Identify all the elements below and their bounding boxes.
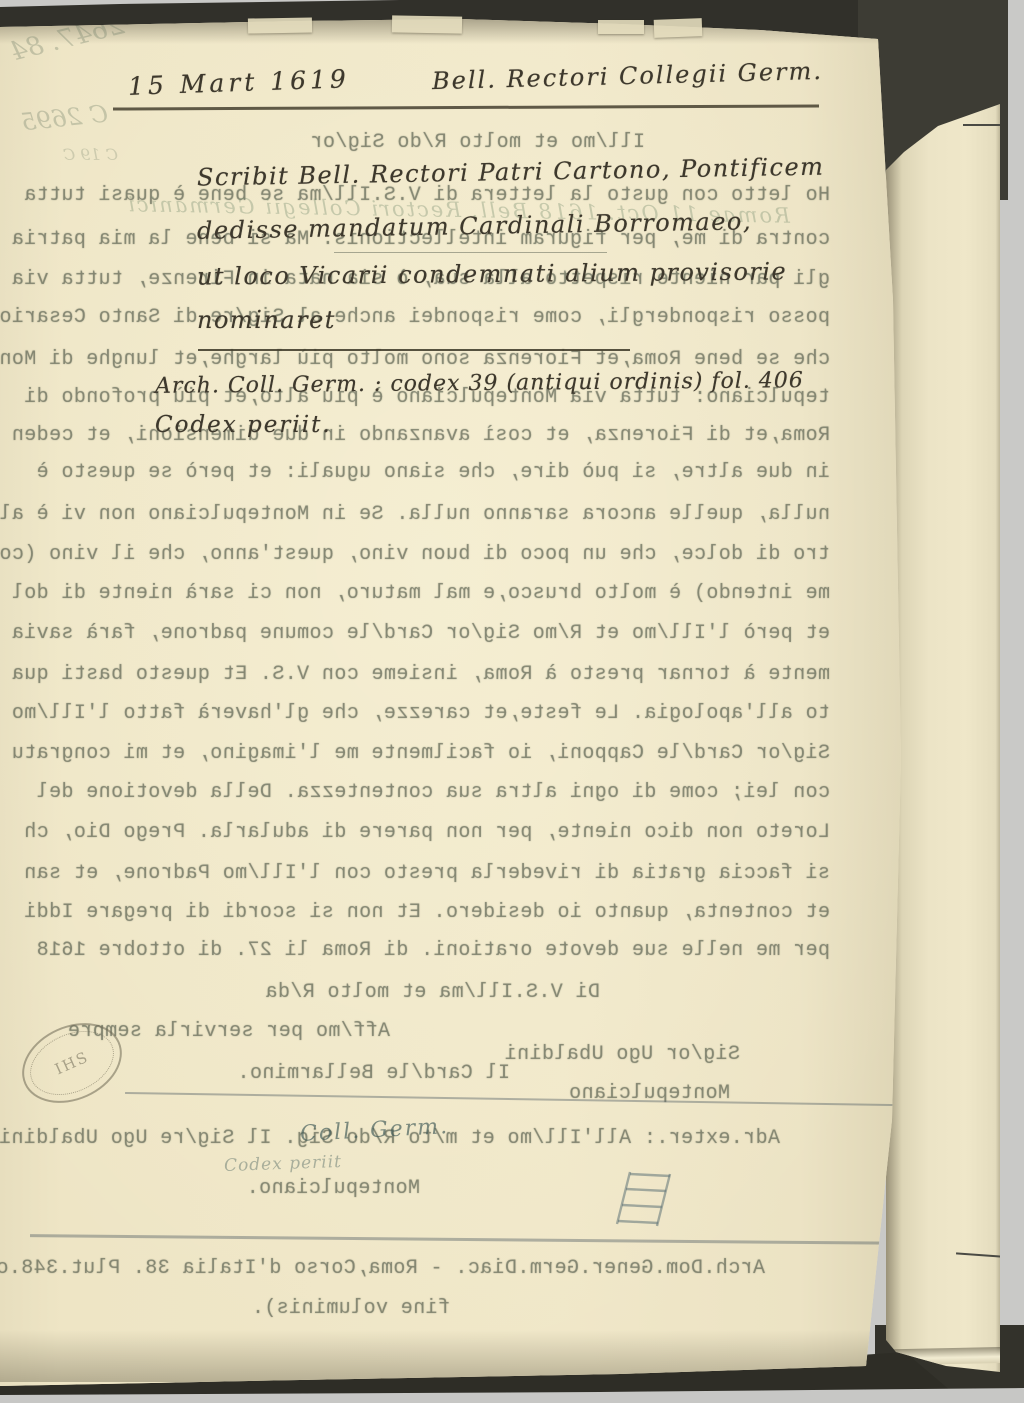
codex-periit-note: Codex periit.: [155, 412, 332, 438]
tape-remnant: [248, 17, 312, 33]
ghost-line: per me nelle sue devote orationi. di Rom…: [36, 939, 830, 962]
ghost-line: posso rispondergli, come rispondei anche…: [0, 306, 830, 329]
ghost-closing: Sig/or Ugo Ubaldini: [504, 1043, 740, 1066]
ghost-line: mente à tornar presto à Roma, insieme co…: [11, 663, 830, 686]
ghost-line: tro di dolce, che un poco di buon vino, …: [0, 543, 830, 566]
ghost-address: Montepulciano.: [246, 1177, 420, 1200]
summary-line: nominaret: [197, 306, 336, 334]
ghost-line: con lei; come di ogni altra sua contente…: [36, 781, 830, 804]
ghost-line: et però l'Ill/mo et R/mo Sig/or Card/le …: [11, 622, 830, 645]
tape-remnant: [654, 18, 703, 38]
next-page-edge: [886, 100, 1000, 1372]
manuscript-page: Ill/mo et molto R/do Sig/or Ho letto con…: [0, 0, 1024, 1403]
next-page-mark-bottom: [956, 1252, 1002, 1257]
ghost-line: in due altre, si può dire, che siano ugu…: [36, 461, 830, 484]
ghost-line: Loreto non dico niente, per non parere d…: [24, 821, 830, 844]
codex-periit-pencil-note: Codex periit: [224, 1152, 343, 1176]
ghost-line: nulla, quelle ancora saranno nulla. Se i…: [0, 503, 830, 526]
summary-rule: [198, 349, 630, 351]
ghost-salutation: Ill/mo et molto R/do Sig/or: [310, 131, 645, 154]
ghost-archive-note: Arch.Dom.Gener.Germ.Diac. - Roma,Corso d…: [0, 1257, 765, 1280]
ghost-line: et contenta, quanto io desidero. Et non …: [24, 901, 830, 924]
ghost-line: Roma,et di Fiorenza, et così avanzando i…: [11, 424, 830, 447]
ghost-marginal-number: C 2695: [20, 100, 110, 137]
tape-remnant: [392, 15, 462, 33]
ghost-line: Sig/or Card/le Capponi, io facilmente me…: [11, 742, 830, 765]
ghost-line: me intendo) è molto brusco,e mal maturo,…: [11, 582, 830, 605]
next-page-mark-top: [963, 124, 1000, 126]
ghost-marginal-number: C 19 C: [63, 145, 118, 164]
ladder-doodle: [610, 1168, 674, 1228]
scanned-archive-page: { "colors": { "paper": "#ece3c4", "backg…: [0, 0, 1024, 1403]
tape-remnant: [598, 20, 644, 34]
ghost-archive-note: fine voluminis).: [252, 1297, 450, 1320]
ghost-line: che se bene Roma,et Fiorenza sono molto …: [0, 348, 830, 371]
summary-line: ut loco Vicarii condemnati alium proviso…: [197, 257, 787, 290]
ghost-line: si faccia gratia di rivederla presto con…: [24, 862, 830, 885]
ghost-closing: Il Card/le Bellarmino.: [237, 1062, 510, 1085]
ghost-closing: Di V.S.Ill/ma et molto R/da: [265, 981, 600, 1004]
ghost-line: to all'apologia. Le feste,et carezze, ch…: [11, 702, 830, 725]
